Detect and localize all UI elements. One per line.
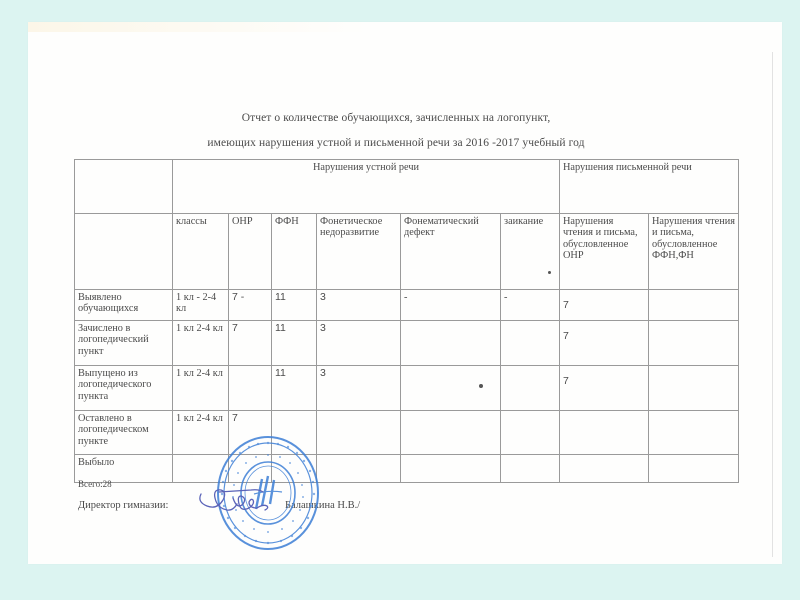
- row-label: Выявлено обучающихся: [75, 290, 173, 321]
- table-cell: 11: [272, 321, 317, 366]
- table-cell: 11: [272, 366, 317, 411]
- table-cell: -: [501, 290, 560, 321]
- table-row: Зачислено в логопедический пункт 1 кл 2-…: [75, 321, 739, 366]
- table-cell: [501, 455, 560, 483]
- column-header: Фонематический дефект: [401, 214, 501, 290]
- column-header: ФФН: [272, 214, 317, 290]
- table-cell: 7: [560, 366, 649, 411]
- table-cell: 7: [560, 321, 649, 366]
- column-header: Нарушения чтения и письма, обусловленное…: [649, 214, 739, 290]
- table-cell: 3: [317, 366, 401, 411]
- table-cell: [317, 455, 401, 483]
- table-row: Выбыло: [75, 455, 739, 483]
- row-label: Оставлено в логопедическом пункте: [75, 411, 173, 455]
- empty-corner-cell: [75, 160, 173, 214]
- table-cell: 7: [229, 321, 272, 366]
- column-header: заикание: [501, 214, 560, 290]
- table-cell: [401, 321, 501, 366]
- table-cell: [560, 411, 649, 455]
- column-header: Фонетическое недоразвитие: [317, 214, 401, 290]
- report-title-line-1: Отчет о количестве обучающихся, зачислен…: [19, 112, 773, 124]
- table-cell: 3: [317, 290, 401, 321]
- report-table: Нарушения устной речи Нарушения письменн…: [74, 159, 739, 483]
- table-cell: 3: [317, 321, 401, 366]
- group-header-row: Нарушения устной речи Нарушения письменн…: [75, 160, 739, 214]
- table-cell: [560, 455, 649, 483]
- handwritten-signature-icon: [193, 480, 293, 520]
- empty-label-header: [75, 214, 173, 290]
- table-cell: 11: [272, 290, 317, 321]
- scan-speck: [548, 271, 551, 274]
- scan-speck: [479, 384, 483, 388]
- report-title-line-2: имеющих нарушения устной и письменной ре…: [19, 137, 773, 149]
- table-cell: [649, 411, 739, 455]
- scan-tint: [28, 22, 782, 32]
- table-cell: 7: [560, 290, 649, 321]
- column-header: Нарушения чтения и письма, обусловленное…: [560, 214, 649, 290]
- table-cell: -: [401, 290, 501, 321]
- table-cell: [649, 321, 739, 366]
- table-row: Выявлено обучающихся 1 кл - 2-4 кл 7 - 1…: [75, 290, 739, 321]
- group-header-written: Нарушения письменной речи: [560, 160, 739, 214]
- table-cell: [649, 290, 739, 321]
- table-cell: [401, 455, 501, 483]
- table-cell: [401, 411, 501, 455]
- table-cell: 1 кл - 2-4 кл: [173, 290, 229, 321]
- table-cell: [649, 455, 739, 483]
- table-cell: [501, 411, 560, 455]
- scanned-document-page: Отчет о количестве обучающихся, зачислен…: [28, 22, 782, 564]
- group-header-oral: Нарушения устной речи: [173, 160, 560, 214]
- director-label: Директор гимназии:: [78, 500, 168, 511]
- table-cell: [229, 366, 272, 411]
- table-row: Выпущено из логопедического пункта 1 кл …: [75, 366, 739, 411]
- column-header: классы: [173, 214, 229, 290]
- table-cell: [501, 366, 560, 411]
- table-row: Оставлено в логопедическом пункте 1 кл 2…: [75, 411, 739, 455]
- table-cell: [401, 366, 501, 411]
- table-cell: [649, 366, 739, 411]
- column-header: ОНР: [229, 214, 272, 290]
- table-cell: 7 -: [229, 290, 272, 321]
- total-count: Всего:28: [78, 479, 112, 489]
- table-cell: [501, 321, 560, 366]
- row-label: Выпущено из логопедического пункта: [75, 366, 173, 411]
- row-label: Зачислено в логопедический пункт: [75, 321, 173, 366]
- column-header-row: классы ОНР ФФН Фонетическое недоразвитие…: [75, 214, 739, 290]
- table-cell: [317, 411, 401, 455]
- scan-edge-line: [772, 52, 773, 557]
- table-cell: 1 кл 2-4 кл: [173, 366, 229, 411]
- table-cell: 1 кл 2-4 кл: [173, 321, 229, 366]
